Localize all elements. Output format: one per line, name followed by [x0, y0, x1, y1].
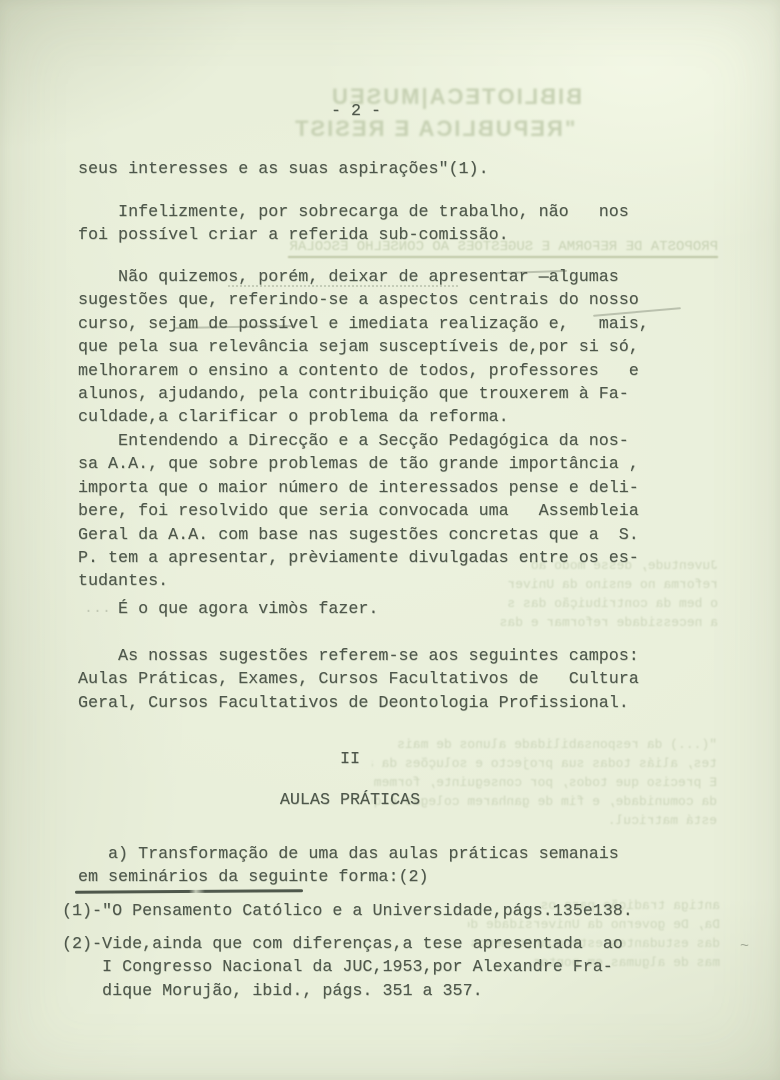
text-line: alunos, ajudando, pela contribuição que …: [78, 383, 649, 406]
footnote-1: (1)-"O Pensamento Católico e a Universid…: [62, 900, 633, 923]
text-line: que pela sua relevância sejam susceptíve…: [78, 336, 649, 359]
text-line: Geral, Cursos Facultativos de Deontologi…: [78, 692, 639, 715]
text-line: sa A.A., que sobre problemas de tão gran…: [78, 453, 639, 476]
text-line: a) Transformação de uma das aulas prátic…: [78, 843, 619, 866]
paragraph-7: a) Transformação de uma das aulas prátic…: [78, 843, 619, 890]
paragraph-6: As nossas sugestões referem-se aos segui…: [78, 645, 639, 715]
text-line: a necessidade reformar e das: [428, 613, 718, 632]
paragraph-1: seus interesses e as suas aspirações"(1)…: [78, 158, 489, 181]
section-title: AULAS PRÁTICAS: [0, 789, 700, 812]
paragraph-5: É o que agora vimòs fazer.: [78, 598, 378, 621]
text-line: As nossas sugestões referem-se aos segui…: [78, 645, 639, 668]
text-line: Não quizemos, porém, deixar de apresenta…: [78, 266, 649, 289]
text-line: sugestões que, referindo-se a aspectos c…: [78, 289, 649, 312]
text-line: Aulas Práticas, Exames, Cursos Facultati…: [78, 668, 639, 691]
text-line: importa que o maior número de interessad…: [78, 477, 639, 500]
text-line: (1)-"O Pensamento Católico e a Universid…: [62, 900, 633, 923]
paragraph-3: Não quizemos, porém, deixar de apresenta…: [78, 266, 649, 430]
text-line: foi possível criar a referida sub-comiss…: [78, 224, 629, 247]
text-line: o bem da contribuição das s: [428, 594, 718, 613]
text-line: Entendendo a Direcção e a Secção Pedagóg…: [78, 430, 639, 453]
section-numeral: II: [0, 748, 700, 771]
text-line: bere, foi resolvido que seria convocada …: [78, 500, 639, 523]
text-line: seus interesses e as suas aspirações"(1)…: [78, 158, 489, 181]
paragraph-4: Entendendo a Direcção e a Secção Pedagóg…: [78, 430, 639, 594]
text-line: curso, sejam de possível e imediata real…: [78, 313, 649, 336]
text-line: está matricul.: [372, 811, 717, 830]
text-line: Geral da A.A. com base nas sugestões con…: [78, 524, 639, 547]
document-page: BIBLIOTECA|MUSEU "REPUBLICA E RESIST PRO…: [0, 0, 780, 1080]
text-line: tudantes.: [78, 570, 639, 593]
footnote-separator-rule: [75, 889, 303, 894]
text-line: culdade,a clarificar o problema da refor…: [78, 406, 649, 429]
text-line: dique Morujão, ibid., págs. 351 a 357.: [62, 980, 623, 1003]
text-line: I Congresso Nacional da JUC,1953,por Ale…: [62, 956, 623, 979]
text-line: Infelizmente, por sobrecarga de trabalho…: [78, 201, 629, 224]
footnote-2: (2)-Vide,ainda que com diferenças,a tese…: [62, 933, 623, 1003]
paragraph-2: Infelizmente, por sobrecarga de trabalho…: [78, 201, 629, 248]
text-line: P. tem a apresentar, prèviamente divulga…: [78, 547, 639, 570]
text-line: É o que agora vimòs fazer.: [78, 598, 378, 621]
text-line: em seminários da seguinte forma:(2): [78, 866, 619, 889]
page-number: - 2 -: [0, 100, 712, 123]
bleed-mark-squiggle: ~: [740, 938, 749, 955]
text-line: (2)-Vide,ainda que com diferenças,a tese…: [62, 933, 623, 956]
text-line: melhorarem o ensino a contento de todos,…: [78, 360, 649, 383]
